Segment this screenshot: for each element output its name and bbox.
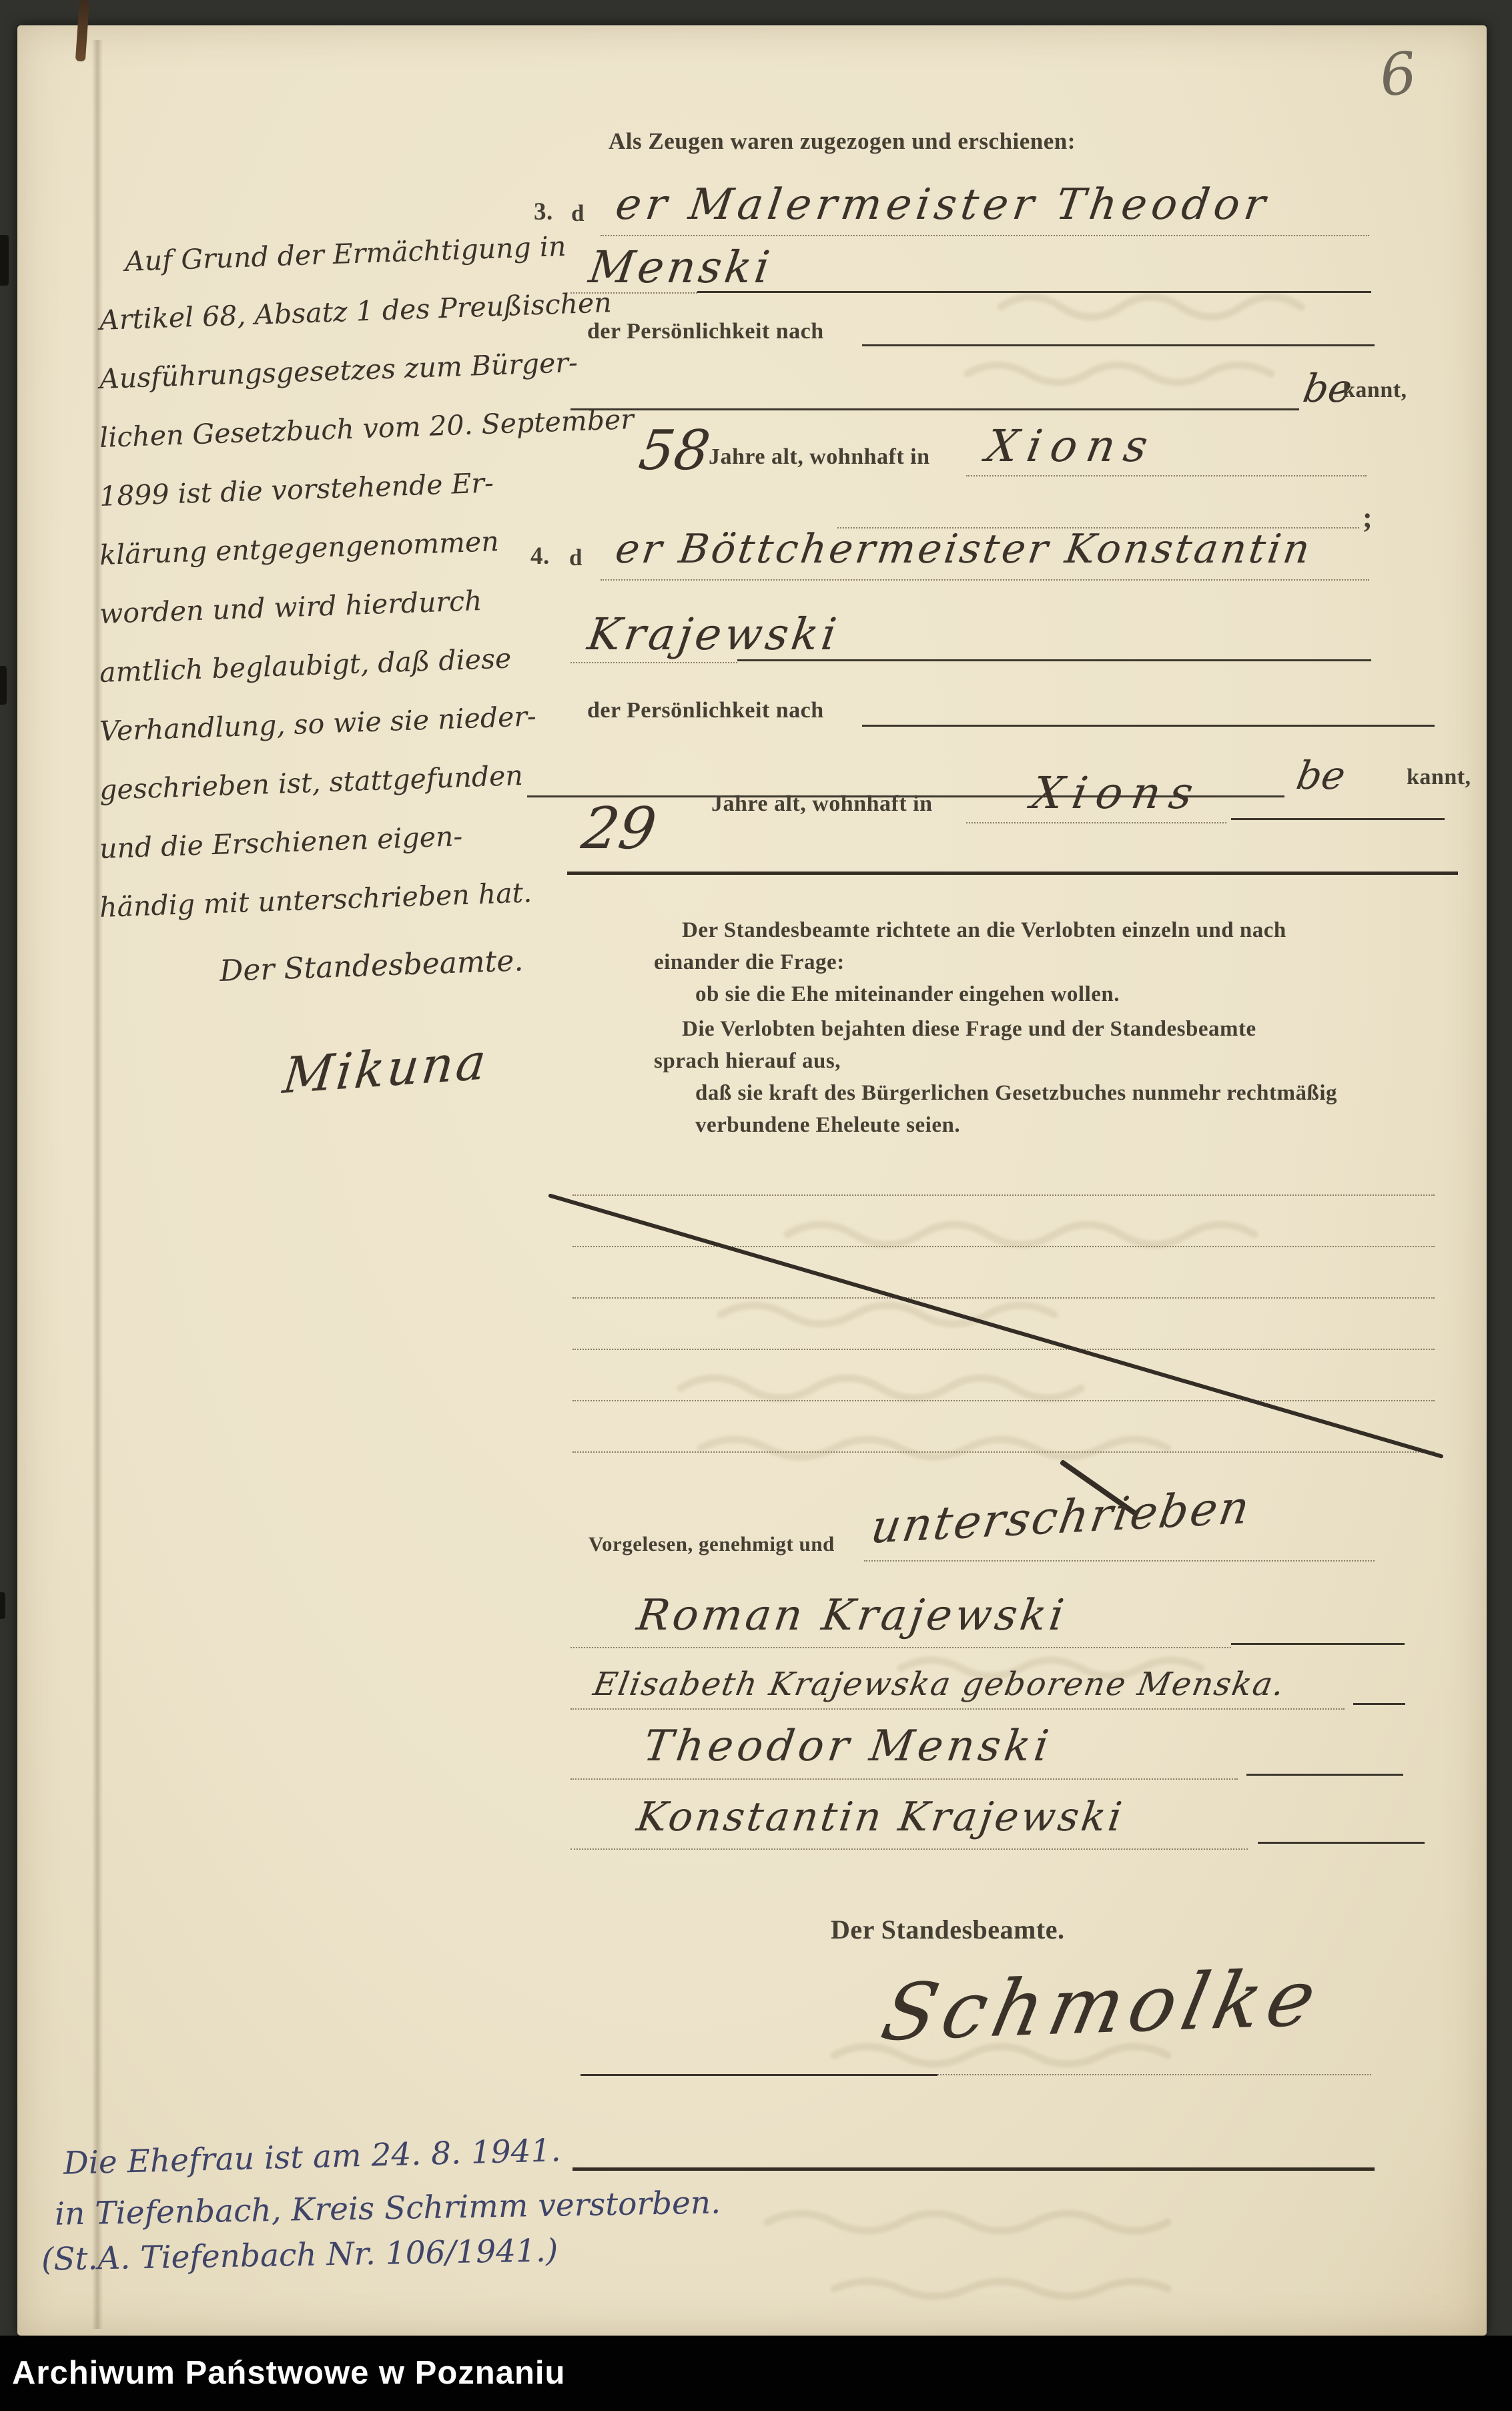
witness4-article: d — [569, 545, 583, 571]
witness3-age-label: Jahre alt, wohnhaft in — [709, 444, 930, 470]
edge-ink-mark — [0, 1592, 5, 1619]
declaration-line: sprach hierauf aus, — [654, 1049, 841, 1074]
witness4-known-printed: kannt, — [1407, 765, 1471, 790]
fill-line — [573, 1246, 1435, 1247]
fill-line — [571, 662, 737, 663]
declaration-line: daß sie kraft des Bürgerlichen Gesetzbuc… — [695, 1081, 1337, 1106]
signature-theodor-menski: Theodor Menski — [641, 1722, 1056, 1771]
declaration-line: verbundene Eheleute seien. — [695, 1113, 960, 1138]
edge-ink-mark — [0, 235, 9, 286]
declaration-line: Der Standesbeamte richtete an die Verlob… — [682, 918, 1286, 943]
witness4-residence: Xions — [1028, 767, 1206, 819]
fill-line — [581, 2074, 937, 2076]
witness4-profession-name: er Böttchermeister Konstantin — [613, 526, 1315, 573]
fill-line — [571, 1647, 1231, 1648]
declaration-line: einander die Frage: — [654, 950, 845, 975]
archive-footer-bar: Archiwum Państwowe w Poznaniu — [0, 2336, 1512, 2411]
witness4-surname: Krajewski — [585, 609, 843, 660]
witness4-known-handwritten: be — [1293, 753, 1349, 798]
witness3-residence: Xions — [982, 420, 1161, 472]
witness4-age: 29 — [578, 795, 660, 862]
fill-line — [862, 725, 1435, 727]
fill-line — [601, 235, 1369, 236]
fill-line — [1231, 1643, 1405, 1645]
witness3-terminator: ; — [1363, 500, 1373, 535]
fill-line — [573, 1400, 1435, 1401]
official-signature: Schmolke — [874, 1953, 1331, 2059]
witness3-identity-label: der Persönlichkeit nach — [587, 319, 824, 344]
witness3-age: 58 — [635, 419, 714, 482]
section-header: Als Zeugen waren zugezogen und erschiene… — [609, 128, 1076, 155]
fill-line — [571, 1778, 1238, 1780]
witness4-age-label: Jahre alt, wohnhaft in — [711, 791, 933, 817]
fill-line — [864, 1560, 1375, 1562]
declaration-line: Die Verlobten bejahten diese Frage und d… — [682, 1017, 1256, 1042]
closing-rule — [573, 2167, 1375, 2171]
scanned-registry-page: 6 Als Zeugen waren zugezogen und erschie… — [0, 0, 1512, 2411]
fill-line — [601, 579, 1369, 581]
fill-line — [573, 1349, 1435, 1350]
fill-line — [966, 822, 1226, 823]
fill-line — [573, 1297, 1435, 1299]
witness3-surname: Menski — [586, 242, 776, 293]
signature-roman-krajewski: Roman Krajewski — [634, 1591, 1070, 1640]
witness4-index: 4. — [530, 542, 550, 571]
fill-line — [1258, 1842, 1425, 1844]
fill-line — [1231, 818, 1445, 820]
signature-konstantin-krajewski: Konstantin Krajewski — [634, 1794, 1127, 1840]
fill-line — [571, 1708, 1345, 1710]
fill-line — [573, 1194, 1435, 1196]
fill-line — [862, 344, 1375, 346]
fill-line — [966, 475, 1367, 476]
witness4-identity-label: der Persönlichkeit nach — [587, 698, 824, 723]
section-divider-rule — [567, 872, 1458, 875]
standesbeamte-label: Der Standesbeamte. — [831, 1914, 1064, 1945]
fill-line — [697, 291, 1371, 293]
vorgelesen-label: Vorgelesen, genehmigt und — [589, 1532, 835, 1556]
page-number: 6 — [1377, 39, 1420, 109]
witness3-profession-name: er Malermeister Theodor — [613, 180, 1273, 230]
signature-elisabeth-krajewska: Elisabeth Krajewska geborene Menska. — [591, 1666, 1288, 1703]
declaration-line: ob sie die Ehe miteinander eingehen woll… — [695, 982, 1120, 1007]
witness3-article: d — [571, 200, 585, 227]
witness3-index: 3. — [534, 198, 553, 226]
fill-line — [937, 2074, 1371, 2075]
witness3-known-printed: kannt, — [1343, 378, 1407, 403]
fill-line — [571, 1848, 1248, 1850]
edge-ink-mark — [0, 666, 7, 705]
fill-line — [1353, 1703, 1405, 1705]
fill-line — [571, 408, 1299, 410]
archive-name: Archiwum Państwowe w Poznaniu — [12, 2354, 565, 2392]
fill-line — [1246, 1774, 1403, 1776]
fill-line — [573, 1451, 1435, 1453]
